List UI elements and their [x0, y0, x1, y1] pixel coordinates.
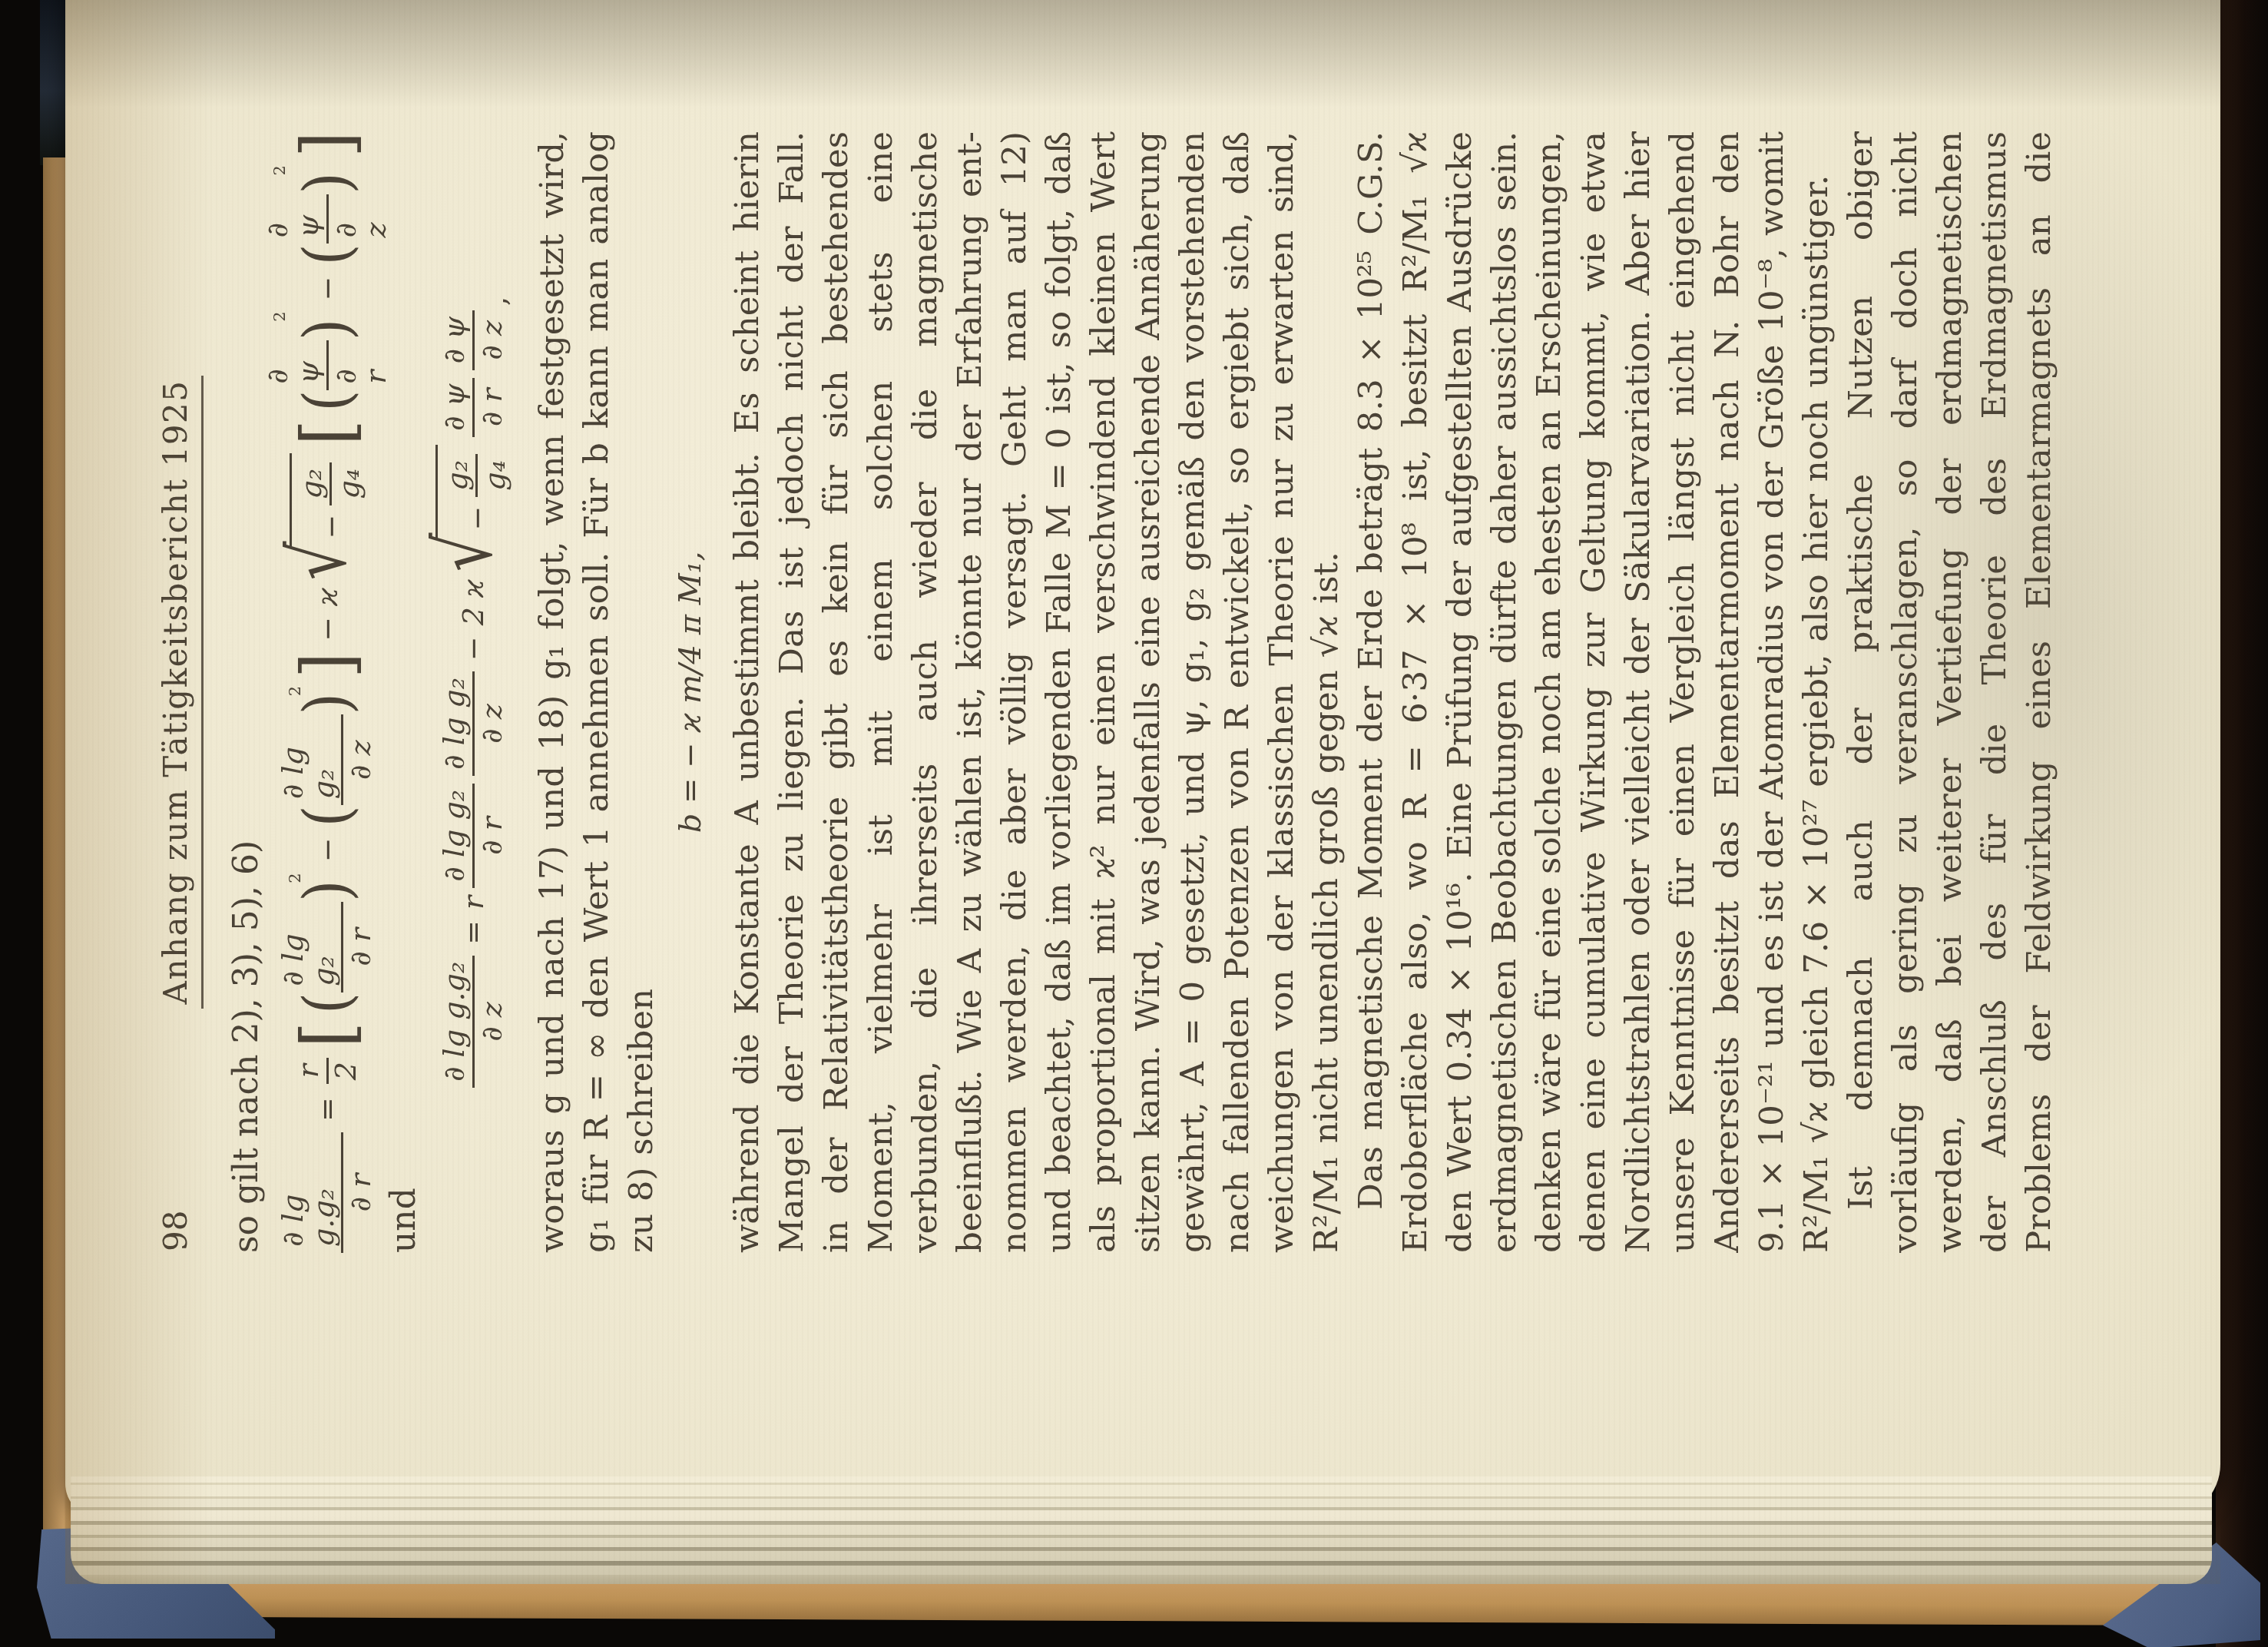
paren: ( [290, 244, 365, 265]
text-line: werden, daß bei weiterer Vertiefung der … [1928, 131, 1972, 1253]
fraction-numerator: ∂ lg g₂ [439, 784, 475, 888]
minus-sign: − [310, 834, 344, 865]
fraction-denominator: ∂ z [475, 314, 508, 366]
equals-sign: = [456, 917, 490, 948]
text-line: zu 8) schreiben [619, 131, 664, 1253]
fraction-denominator: g₄ [332, 462, 365, 505]
fraction-denominator: ∂ z [343, 734, 376, 786]
kappa-symbol: ϰ [310, 588, 344, 606]
fraction-numerator: ∂ ψ [263, 340, 329, 390]
paragraph-3: Ist demnach auch der praktische Nutzen o… [1839, 131, 2061, 1253]
equals-sign: = [310, 1094, 344, 1125]
exponent: 2 [270, 165, 289, 175]
paren: ) [290, 172, 365, 194]
text-line: Problems der Feldwirkung eines Elementar… [2017, 131, 2061, 1253]
minus-sign: − [310, 614, 344, 645]
text-line: verbunden, die ihrerseits auch wieder di… [903, 131, 948, 1253]
fraction-numerator: ∂ lg g₂ [278, 902, 344, 993]
fraction-denominator: g₄ [478, 454, 511, 497]
text-line: unsere Kenntnisse für einen Vergleich lä… [1660, 131, 1705, 1253]
text-line: R²/M₁ √ϰ gleich 7.6 × 10²⁷ ergiebt, also… [1794, 131, 1839, 1253]
text-line: und beachtet, daß im vorliegenden Falle … [1037, 131, 1081, 1253]
paren: ) [290, 693, 365, 714]
fraction: ∂ lg g₂ ∂ r [439, 784, 508, 888]
squared-term: ( ∂ lg g₂ ∂ z ) 2 [278, 686, 377, 827]
text-line: Nordlichtstrahlen oder vielleicht der Sä… [1616, 131, 1660, 1253]
running-header: 98 Anhang zum Tätigkeitsbericht 1925 [157, 131, 200, 1253]
text-line: weichungen von der klassischen Theorie n… [1260, 131, 1304, 1253]
radicand: − g₂ g₄ [290, 453, 365, 546]
text-line: nach fallenden Potenzen von R entwickelt… [1215, 131, 1260, 1253]
fraction-denominator: ∂ r [475, 382, 508, 432]
fraction-denominator: ∂ r [475, 810, 508, 861]
text-line: Andererseits besitzt das Elementarmoment… [1705, 131, 1750, 1253]
text-line: Moment, vielmehr ist mit einem solchen s… [859, 131, 903, 1253]
display-formula-b: b = − ϰ m/4 π M₁, [668, 131, 713, 1253]
text-line: beeinflußt. Wie A zu wählen ist, könnte … [948, 131, 992, 1253]
text-line: der Anschluß des für die Theorie des Erd… [1972, 131, 2017, 1253]
text-line: sitzen kann. Wird, was jedenfalls eine a… [1126, 131, 1170, 1253]
text-line: während die Konstante A unbestimmt bleib… [725, 131, 770, 1253]
text-line: R²/M₁ nicht unendlich groß gegen √ϰ ist. [1304, 131, 1349, 1253]
bracket: ] [286, 131, 368, 157]
text-column: 98 Anhang zum Tätigkeitsbericht 1925 so … [65, 131, 2061, 1253]
variable-r: r [456, 896, 490, 910]
bracket: [ [286, 419, 368, 446]
fraction-numerator: ∂ ψ [263, 194, 329, 244]
text-line: denken wäre für eine solche noch am ehes… [1527, 131, 1571, 1253]
fraction-numerator: ∂ lg g.g₂ [278, 1132, 344, 1253]
background-right-shadow [2216, 0, 2268, 1647]
fraction-numerator: ∂ lg g₂ [439, 671, 475, 776]
paragraph-after-formulas: woraus g und nach 17) und 18) g₁ folgt, … [530, 131, 664, 1253]
fraction-numerator: ∂ ψ [439, 310, 475, 370]
intro-line: so gilt nach 2), 3), 5), 6) [227, 131, 266, 1253]
text-line: als proportional mit ϰ² nur einen versch… [1081, 131, 1126, 1253]
running-title: Anhang zum Tätigkeitsbericht 1925 [157, 376, 204, 1009]
fraction-denominator: ∂ r [343, 1168, 376, 1218]
minus-sign: − [314, 512, 348, 542]
text-line: g₁ für R = ∞ den Wert 1 annehmen soll. F… [574, 131, 619, 1253]
fraction: ∂ ψ ∂ z [263, 194, 392, 244]
paragraph-1: während die Konstante A unbestimmt bleib… [725, 131, 1349, 1253]
fraction: ∂ lg g₂ ∂ z [439, 671, 508, 776]
radical-sign: √ [419, 532, 508, 572]
paren: ( [290, 993, 365, 1014]
text-line: Erdoberfläche also, wo R = 6·37 × 10⁸ is… [1393, 131, 1438, 1253]
paren: ) [290, 880, 365, 902]
fraction: ∂ ψ ∂ r [439, 378, 508, 438]
bracket: [ [286, 1022, 368, 1048]
text-line: woraus g und nach 17) und 18) g₁ folgt, … [530, 131, 574, 1253]
squared-term: ( ∂ lg g₂ ∂ r ) 2 [278, 873, 377, 1014]
text-line: 9.1 × 10⁻²¹ und es ist der Atomradius vo… [1750, 131, 1794, 1253]
fraction-denominator: ∂ r [343, 922, 376, 973]
text-line: Mangel der Theorie zu liegen. Das ist je… [770, 131, 814, 1253]
fraction: ∂ lg g₂ ∂ r [278, 902, 377, 993]
fraction: ∂ lg g.g₂ ∂ r [278, 1132, 377, 1253]
paragraph-2: Das magnetische Moment der Erde beträgt … [1349, 131, 1839, 1253]
minus-sign: − [310, 273, 344, 304]
text-line: denen eine cumulative Wirkung zur Geltun… [1571, 131, 1616, 1253]
text-line: Das magnetische Moment der Erde beträgt … [1349, 131, 1393, 1253]
radicand: − g₂ g₄ [435, 445, 511, 538]
connector-word: und [386, 131, 422, 1253]
text-line: nommen werden, die aber völlig versagt. … [992, 131, 1037, 1253]
squared-term: ( ∂ ψ ∂ r ) 2 [263, 311, 392, 411]
paren: ( [290, 390, 365, 412]
fraction: ∂ ψ ∂ z [439, 310, 508, 370]
fraction: g₂ g₄ [296, 462, 365, 505]
exponent: 2 [270, 311, 289, 321]
fraction-denominator: ∂ z [475, 996, 508, 1048]
radical-sign: √ [273, 541, 363, 580]
rotated-page-content: 98 Anhang zum Tätigkeitsbericht 1925 so … [65, 0, 2220, 1518]
fraction: ∂ ψ ∂ r [263, 340, 392, 390]
fraction-denominator: ∂ r [329, 340, 392, 390]
text-line: Ist demnach auch der praktische Nutzen o… [1839, 131, 1883, 1253]
fraction-denominator: ∂ z [329, 194, 392, 244]
paren: ) [290, 319, 365, 340]
fraction: g₂ g₄ [442, 454, 511, 497]
text-line: gewährt, A = 0 gesetzt, und ψ, g₁, g₂ ge… [1170, 131, 1215, 1253]
comma: , [479, 297, 524, 306]
fraction-numerator: ∂ lg g.g₂ [439, 956, 475, 1088]
text-line: erdmagnetischen Beobachtungen dürfte dah… [1482, 131, 1527, 1253]
text-line: vorläufig als gering zu veranschlagen, s… [1883, 131, 1928, 1253]
display-formula-2: ∂ lg g.g₂ ∂ z = r ∂ lg g₂ ∂ r ∂ lg g₂ ∂ … [422, 131, 524, 1253]
fraction: ∂ lg g₂ ∂ z [278, 714, 377, 805]
fraction-numerator: ∂ ψ [439, 378, 475, 438]
fraction: r 2 [293, 1055, 362, 1086]
fraction-denominator: 2 [329, 1055, 362, 1086]
minus-sign: − [456, 633, 490, 664]
fraction-numerator: g₂ [296, 462, 332, 505]
text-line: den Wert 0.34 × 10¹⁶. Eine Prüfung der a… [1438, 131, 1482, 1253]
paren: ( [290, 805, 365, 827]
radical: √ − g₂ g₄ [435, 445, 511, 572]
page-number: 98 [157, 1211, 195, 1251]
fraction-denominator: ∂ z [475, 698, 508, 750]
text-line: in der Relativitätstheorie gibt es kein … [814, 131, 859, 1253]
coefficient: 2 ϰ [456, 579, 490, 625]
fraction-numerator: r [293, 1058, 329, 1084]
radical: √ − g₂ g₄ [290, 453, 365, 580]
bracket: ] [286, 652, 368, 678]
fraction: ∂ lg g.g₂ ∂ z [439, 956, 508, 1088]
display-formula-1: ∂ lg g.g₂ ∂ r = r 2 [ ( ∂ lg g₂ ∂ r ) 2 [276, 131, 378, 1253]
fraction-numerator: g₂ [442, 454, 478, 497]
minus-sign: − [460, 503, 494, 534]
squared-term: ( ∂ ψ ∂ z ) 2 [263, 165, 392, 265]
fraction-numerator: ∂ lg g₂ [278, 714, 344, 805]
book-photograph: 98 Anhang zum Tätigkeitsbericht 1925 so … [0, 0, 2268, 1647]
